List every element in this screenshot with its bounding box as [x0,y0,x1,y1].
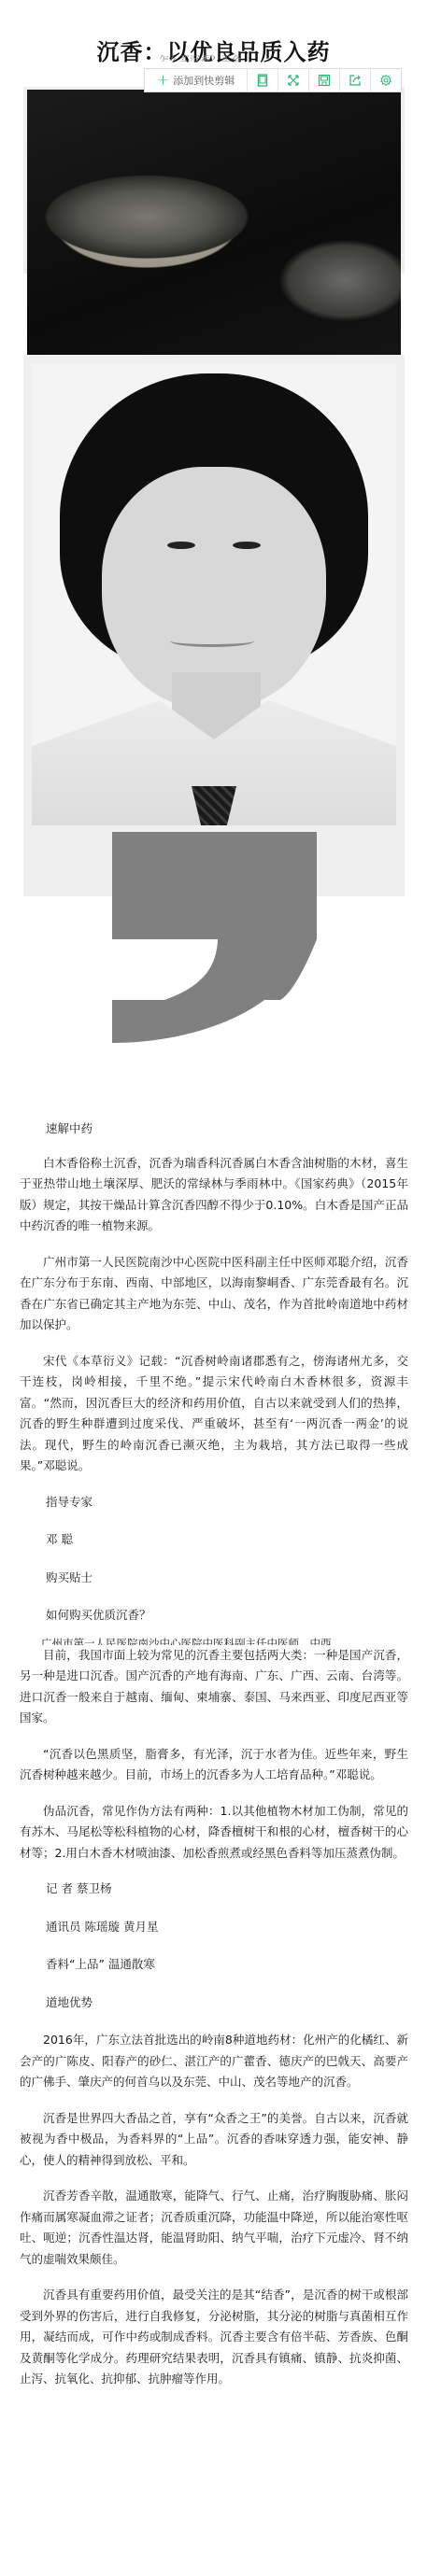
save-icon [318,74,331,87]
paragraph: 白木香俗称土沉香，沉香为瑞香科沉香属白木香含油树脂的木材，喜生于亚热带山地土壤深… [20,1153,408,1237]
tablet-view-button[interactable] [248,69,278,91]
expert-label: 指导专家 [20,1492,408,1513]
paragraph: 2016年，广东立法首批选出的岭南8种道地药材：化州产的化橘红、新会产的广陈皮、… [20,2030,408,2093]
quote-mark-graphic [112,832,317,1049]
reporter-byline: 记 者 蔡卫杨 [20,1879,408,1900]
section-heading: 道地优势 [20,1992,408,2014]
expert-portrait-photo [32,364,396,825]
expert-name: 邓 聪 [20,1529,408,1551]
tablet-icon [256,74,269,87]
clip-toolbar: + 添加到快剪辑 [144,68,402,92]
paragraph: “沉香以色黑质坚，脂膏多，有光泽，沉于水者为佳。近些年来，野生沉香树种越来越少。… [20,1744,408,1786]
article-subtitle: 怎么买沉香？买金 [159,54,241,62]
plus-icon: + [157,73,169,88]
paragraph: 沉香具有重要药用价值，最受关注的是其“结香”，是沉香的树干或根部受到外界的伤害后… [20,2285,408,2390]
tips-question: 如何购买优质沉香？ [20,1605,408,1626]
paragraph: 宋代《本草衍义》记载：“沉香树岭南诸郡悉有之，傍海诸州尤多，交干连枝，岗岭相接，… [20,1351,408,1477]
fullscreen-button[interactable] [278,69,309,91]
paragraph: 沉香芳香辛散，温通散寒，能降气、行气、止痛，治疗胸腹胁痛、胀闷作痛而属寒凝血滞之… [20,2186,408,2270]
share-button[interactable] [340,69,371,91]
paragraph: 目前，我国市面上较为常见的沉香主要包括两大类：一种是国产沉香，另一种是进口沉香。… [20,1645,408,1729]
article-body: 速解中药 白木香俗称土沉香，沉香为瑞香科沉香属白木香含油树脂的木材，喜生于亚热带… [20,1119,408,2405]
add-to-clip-label: 添加到快剪辑 [173,73,235,88]
share-icon [349,74,362,87]
paragraph: 沉香是世界四大香品之首，享有“众香之王”的美誉。自古以来，沉香就被视为香中极品，… [20,2108,408,2172]
settings-icon [379,74,392,87]
paragraph: 伪品沉香，常见作伪方法有两种：1.以其他植物木材加工伪制，常见的有苏木、马尾松等… [20,1801,408,1865]
section-label-quick-guide: 速解中药 [20,1119,408,1140]
figure-expert [23,355,405,896]
paragraph: 广州市第一人民医院南沙中心医院中医科副主任中医师邓聪介绍，沉香在广东分布于东南、… [20,1252,408,1336]
quote-mark-icon [112,832,317,1049]
add-to-clip-button[interactable]: + 添加到快剪辑 [145,69,248,91]
save-button[interactable] [309,69,340,91]
correspondent-byline: 通讯员 陈瑶璇 黄月星 [20,1917,408,1938]
agarwood-photo [27,90,401,355]
settings-button[interactable] [371,69,401,91]
section-heading: 香料“上品” 温通散寒 [20,1954,408,1976]
overlapping-text-line: 广州市第一人民医院南沙中心医院中医科副主任中医师、中西 [20,1638,408,1645]
fullscreen-icon [287,74,300,87]
tips-label: 购买贴士 [20,1568,408,1589]
